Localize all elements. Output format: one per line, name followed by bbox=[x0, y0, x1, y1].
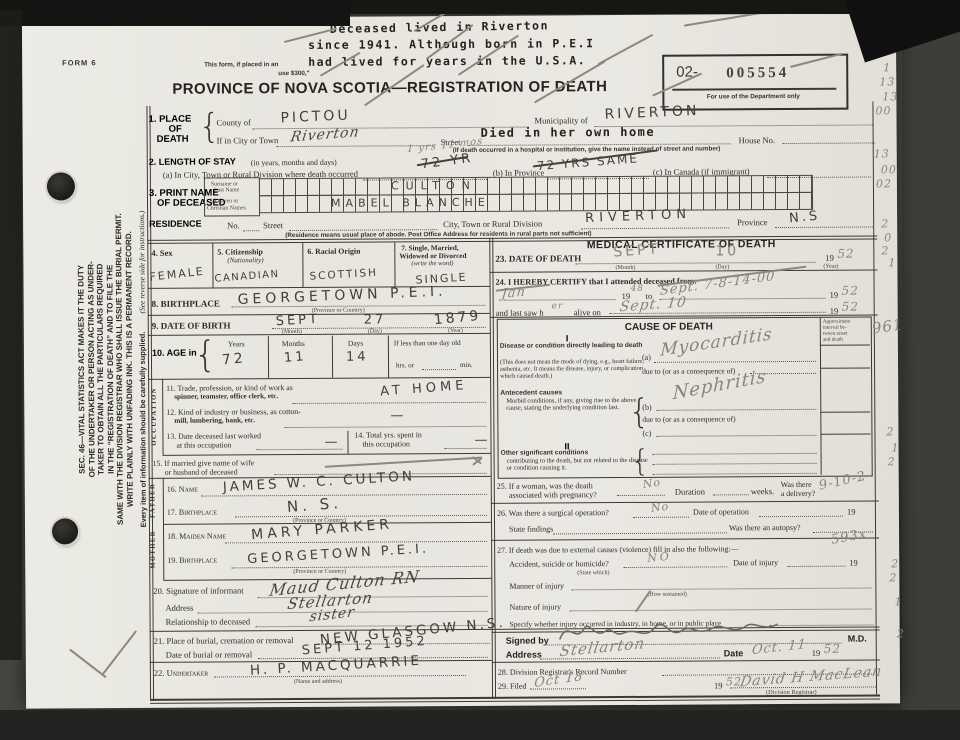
margin-number: 0 bbox=[884, 231, 892, 244]
age-less-header: If less than one day old bbox=[394, 339, 461, 347]
pencil-stroke bbox=[598, 34, 653, 65]
external-causes-label: 27. If death was due to external causes … bbox=[497, 544, 738, 554]
margin-number: 2 bbox=[881, 217, 889, 230]
operation-line bbox=[633, 516, 689, 518]
mother-birth-line bbox=[231, 565, 487, 569]
operation-19: 19 bbox=[847, 507, 856, 517]
sex-value: FEMALE bbox=[149, 265, 205, 284]
manner-line bbox=[571, 586, 871, 590]
age-months-value: 11 bbox=[283, 349, 307, 366]
age-label: 10. AGE in bbox=[152, 348, 197, 358]
marital-sub: (write the word) bbox=[411, 260, 453, 267]
house-no-label: House No. bbox=[739, 135, 775, 145]
placed-note2: use $300," bbox=[278, 70, 309, 77]
death-day-value: 10 bbox=[715, 243, 739, 259]
last-worked-label2: at this occupation bbox=[176, 440, 231, 449]
death-certificate-paper: SEC. 46—VITAL STATISTICS ACT MAKES IT TH… bbox=[22, 13, 900, 708]
hrs-label: hrs. or bbox=[396, 361, 414, 369]
margin-number: 1 bbox=[891, 441, 899, 454]
margin-number: 1 bbox=[883, 61, 891, 74]
weeks-label: weeks. bbox=[751, 486, 774, 496]
total-yrs-value: — bbox=[474, 433, 490, 448]
death-month-value: SEPT bbox=[613, 241, 661, 260]
total-yrs-label: 14. Total yrs. spent in bbox=[354, 430, 421, 439]
physician-address-line bbox=[540, 656, 720, 659]
occupation-vertical-label: OCCUPATION bbox=[151, 372, 159, 460]
spouse-label: 15. If married give name of wife bbox=[153, 458, 255, 468]
interval-header-4: and death bbox=[823, 337, 843, 343]
municipality-label: Municipality of bbox=[535, 115, 588, 125]
street-value: Died in her own home bbox=[481, 125, 656, 140]
last-saw-line bbox=[610, 311, 826, 314]
margin-number: 1 bbox=[888, 256, 896, 269]
age-days-header: Days bbox=[348, 339, 363, 348]
other-conditions-note: contributing to the death, but not relat… bbox=[507, 457, 651, 473]
mother-maiden-line bbox=[225, 540, 487, 544]
attended-from-line bbox=[504, 298, 616, 301]
citizenship-sub: (Nationality) bbox=[227, 256, 263, 264]
margin-number: 13 bbox=[879, 75, 895, 88]
birthplace-label: 8. BIRTHPLACE bbox=[152, 298, 220, 308]
state-which-caption: (State which) bbox=[577, 570, 609, 576]
section-rule bbox=[491, 537, 879, 540]
mother-birth-value: GEORGETOWN P.E.I. bbox=[247, 541, 430, 567]
father-name-line bbox=[201, 493, 487, 497]
mother-box-rule bbox=[163, 524, 164, 580]
other-conditions-label: Other significant conditions bbox=[501, 449, 589, 457]
cell-divider bbox=[347, 431, 348, 454]
occupation-box-rule bbox=[162, 379, 163, 455]
relationship-label: Relationship to deceased bbox=[166, 616, 251, 627]
findings-label: State findings bbox=[509, 524, 553, 533]
margin-number: 13 bbox=[882, 90, 898, 103]
margin-number: 1 bbox=[880, 33, 888, 46]
last-worked-line bbox=[257, 448, 343, 451]
s2-label: 2. LENGTH OF STAY bbox=[149, 156, 236, 167]
trade-value: AT HOME bbox=[380, 378, 468, 400]
s2-sub: (in years, months and days) bbox=[251, 158, 337, 168]
residence-no-line bbox=[243, 229, 259, 231]
county-value: PICTOU bbox=[280, 107, 351, 126]
physician-address-label: Address bbox=[506, 650, 542, 660]
father-birthplace-label: 17. Birthplace bbox=[167, 507, 217, 516]
injury-date-line bbox=[787, 565, 845, 567]
right-edge-rule bbox=[872, 101, 877, 696]
death-year-value: 52 bbox=[837, 247, 854, 261]
given-names-label2: Christian Names bbox=[207, 205, 246, 211]
margin-number: 2 bbox=[888, 455, 896, 468]
father-box-rule bbox=[163, 478, 164, 524]
film-bottom-band bbox=[0, 710, 960, 740]
last-saw-er: er bbox=[552, 301, 564, 311]
cause-b-label: (b) bbox=[642, 403, 651, 412]
manner-label: Manner of injury bbox=[509, 581, 564, 590]
father-birth-value: N. S. bbox=[286, 494, 342, 516]
mother-vertical-label: MOTHER bbox=[149, 509, 156, 589]
county-label: County of bbox=[217, 117, 251, 127]
nature-label: Nature of injury bbox=[509, 602, 561, 611]
total-yrs-label2: this occupation bbox=[362, 439, 409, 448]
section-rule bbox=[492, 659, 880, 662]
margin-number: 961 bbox=[871, 315, 905, 337]
pencil-stroke bbox=[684, 12, 761, 26]
supplied-note: Every item of information should be care… bbox=[137, 332, 147, 528]
injury-date-label: Date of injury bbox=[733, 558, 778, 567]
given-names-label: All Given or bbox=[209, 198, 238, 204]
signed-date-label: Date bbox=[724, 648, 744, 658]
undertaker-caption: (Name and address) bbox=[294, 679, 342, 685]
age-months-header: Months bbox=[282, 339, 305, 348]
delivery-label: Was there bbox=[781, 480, 812, 489]
age-years-value: 72 bbox=[221, 350, 246, 368]
operation-label: 26. Was there a surgical operation? bbox=[497, 508, 609, 518]
father-name-label: 16. Name bbox=[167, 485, 198, 494]
section-rule bbox=[163, 453, 491, 456]
last-worked-label: 13. Date deceased last worked bbox=[166, 431, 261, 441]
residence-province-label: Province bbox=[737, 217, 767, 227]
residence-province-value: N.S bbox=[788, 208, 820, 226]
punch-hole-top bbox=[47, 172, 75, 200]
film-top-strip bbox=[0, 0, 960, 14]
signed-19: 19 bbox=[812, 648, 821, 658]
pregnancy-line bbox=[617, 494, 665, 496]
industry-label: 12. Kind of industry or business, as cot… bbox=[166, 407, 301, 417]
reverse-side-note: (See reverse side for instructions.) bbox=[137, 211, 147, 314]
father-birth-line bbox=[235, 514, 487, 518]
cause-a-label: (a) bbox=[642, 353, 651, 362]
total-yrs-line bbox=[445, 447, 487, 449]
cause-c-label: (c) bbox=[642, 429, 651, 438]
city-town-label: If in City or Town bbox=[217, 135, 279, 145]
margin-number: 2 bbox=[891, 557, 899, 570]
injury-19: 19 bbox=[849, 558, 858, 568]
death-date-line bbox=[575, 261, 815, 264]
residence-city-value: RIVERTON bbox=[585, 207, 691, 226]
spouse-arrow bbox=[325, 457, 483, 468]
date-of-birth-label: 9. DATE OF BIRTH bbox=[152, 320, 231, 330]
death-year-19: 19 bbox=[825, 253, 834, 263]
industry-line bbox=[284, 425, 486, 428]
margin-number: 2 bbox=[886, 425, 894, 438]
given-names-value: MABEL BLANCHE bbox=[331, 196, 490, 210]
margin-number: 2 bbox=[889, 571, 897, 584]
s1-note: (If death occurred in a hospital or inst… bbox=[453, 145, 721, 154]
how-sustained-caption: (How sustained) bbox=[647, 592, 687, 598]
house-no-line bbox=[783, 141, 875, 144]
section-rule bbox=[491, 500, 879, 503]
margin-number: 00 bbox=[875, 104, 891, 117]
marital-label2: Widowed or Divorced bbox=[399, 252, 466, 260]
delivery-label2: a delivery? bbox=[781, 489, 815, 498]
industry-value: — bbox=[390, 408, 406, 423]
placed-note: This form, if placed in an bbox=[204, 61, 278, 68]
film-left-strip bbox=[0, 10, 22, 660]
trade-label2: spinner, teamster, office clerk, etc. bbox=[174, 392, 278, 401]
trade-line bbox=[292, 401, 486, 404]
cell-divider bbox=[212, 244, 213, 288]
other-brace: { bbox=[631, 447, 650, 477]
undertaker-label: 22. Undertaker bbox=[154, 668, 208, 678]
racial-origin-value: SCOTTISH bbox=[309, 267, 378, 283]
medical-header: MEDICAL CERTIFICATE OF DEATH bbox=[489, 237, 873, 251]
registration-number: 005554 bbox=[726, 65, 789, 82]
pregnancy-value: No bbox=[642, 476, 662, 492]
burial-place-label: 21. Place of burial, cremation or remova… bbox=[154, 635, 294, 646]
spouse-label2: or husband of deceased bbox=[165, 467, 238, 476]
cell-divider bbox=[268, 336, 269, 378]
direct-cause-label: Disease or condition directly leading to… bbox=[500, 342, 648, 350]
undertaker-line bbox=[214, 674, 466, 678]
mother-birthplace-label: 19. Birthplace bbox=[167, 555, 217, 564]
residence-city-line bbox=[581, 226, 729, 229]
to-year-19: 19 bbox=[830, 290, 839, 300]
age-days-value: 14 bbox=[346, 350, 369, 365]
sidebar-statute-text: SEC. 46—VITAL STATISTICS ACT MAKES IT TH… bbox=[75, 69, 149, 669]
citizenship-label: 5. Citizenship bbox=[217, 247, 263, 256]
margin-number: 1 bbox=[894, 595, 902, 608]
min-label: min. bbox=[460, 361, 473, 369]
due-to-label-2: due to (or as a consequence of) bbox=[642, 414, 735, 424]
annotation-line-1: Deceased lived in Riverton bbox=[330, 18, 549, 36]
cell-divider bbox=[394, 242, 395, 286]
last-saw-year: 52 bbox=[842, 300, 859, 314]
s1-label-death: DEATH bbox=[157, 134, 189, 145]
informant-address-label: Address bbox=[165, 603, 193, 613]
nature-line bbox=[570, 607, 872, 611]
age-years-header: Years bbox=[228, 339, 245, 348]
cell-divider bbox=[332, 336, 333, 378]
burial-date-label: Date of burial or removal bbox=[166, 649, 252, 660]
findings-line bbox=[553, 531, 727, 534]
accident-line bbox=[623, 565, 727, 568]
duration-line bbox=[713, 493, 749, 495]
stamp-caption: For use of the Department only bbox=[668, 93, 838, 101]
citizenship-value: CANADIAN bbox=[214, 269, 280, 285]
municipality-value: RIVERTON bbox=[604, 103, 700, 123]
residence-label: RESIDENCE bbox=[149, 219, 202, 229]
operation-value: No bbox=[650, 500, 670, 515]
margin-number: 13 bbox=[874, 147, 890, 160]
margin-number: 2 bbox=[897, 627, 905, 640]
cell-divider bbox=[388, 335, 389, 377]
filed-19: 19 bbox=[714, 680, 723, 690]
accident-value: NO bbox=[647, 550, 673, 565]
racial-origin-label: 6. Racial Origin bbox=[307, 247, 360, 256]
hrs-line bbox=[422, 368, 456, 370]
cell-divider bbox=[302, 243, 303, 287]
residence-no-label: No. bbox=[227, 220, 240, 230]
annotation-line-3: had lived for years in the U.S.A. bbox=[308, 53, 586, 69]
direct-cause-note: (This does not mean the mode of dying, e… bbox=[500, 358, 648, 380]
margin-number: 00 bbox=[881, 163, 897, 176]
sex-label: 4. Sex bbox=[151, 248, 172, 258]
film-right-strip bbox=[902, 0, 960, 740]
margin-number: 02 bbox=[876, 177, 892, 190]
antecedent-label: Antecedent causes bbox=[500, 389, 562, 396]
md-label: M.D. bbox=[848, 634, 867, 644]
section-rule bbox=[489, 269, 877, 272]
operation-date-line bbox=[759, 515, 843, 518]
surname-label2: Last Name bbox=[214, 187, 239, 193]
mother-maiden-label: 18. Maiden Name bbox=[167, 531, 226, 540]
signed-year: 52 bbox=[824, 642, 841, 656]
informant-label: 20. Signature of informant bbox=[153, 585, 243, 596]
date-of-death-label: 23. DATE OF DEATH bbox=[495, 253, 581, 264]
surname-value: CULTON bbox=[391, 179, 477, 193]
filed-line bbox=[530, 687, 586, 689]
filed-label: 29. Filed bbox=[498, 682, 527, 691]
residence-street-label: Street bbox=[263, 220, 283, 230]
signed-by-label: Signed by bbox=[506, 635, 549, 645]
pregnancy-label2: associated with pregnancy? bbox=[509, 490, 597, 500]
operation-date-label: Date of operation bbox=[693, 507, 749, 516]
residence-city-label: City, Town or Rural Division bbox=[443, 219, 542, 230]
industry-label2: mill, lumbering, bank, etc. bbox=[174, 416, 255, 424]
age-brace: { bbox=[194, 337, 217, 373]
to-year-value: 52 bbox=[842, 284, 859, 298]
accident-label: Accident, suicide or homicide? bbox=[509, 559, 609, 569]
from-year-value: 48 bbox=[631, 284, 645, 294]
margin-annotation-code: 593x bbox=[830, 527, 868, 548]
duration-label: Duration bbox=[675, 487, 705, 497]
birth-day-value: 27 bbox=[364, 312, 387, 327]
autopsy-label: Was there an autopsy? bbox=[729, 523, 801, 532]
punch-hole-bottom bbox=[52, 518, 78, 544]
form-number: FORM 6 bbox=[62, 58, 96, 67]
